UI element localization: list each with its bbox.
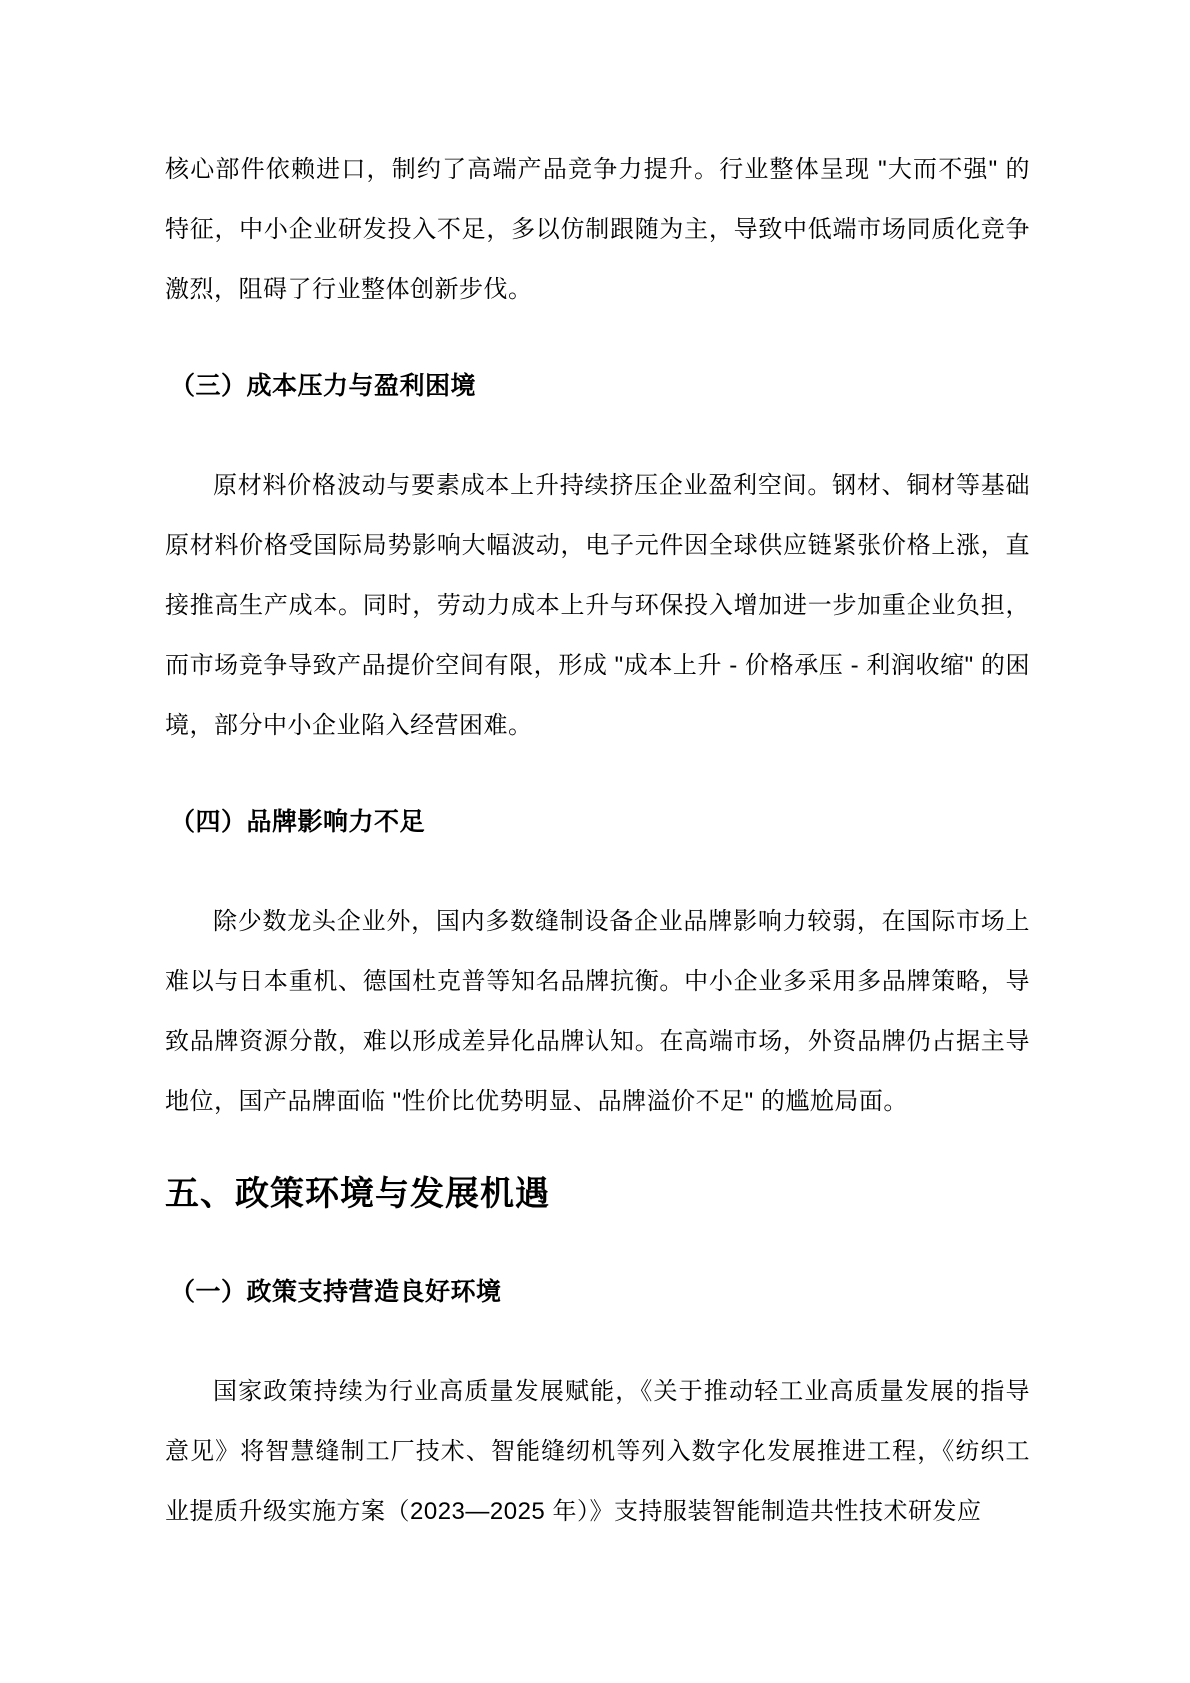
document-page: 核心部件依赖进口，制约了高端产品竞争力提升。行业整体呈现 "大而不强" 的特征，… [0,0,1190,1683]
paragraph-core-components-import: 核心部件依赖进口，制约了高端产品竞争力提升。行业整体呈现 "大而不强" 的特征，… [165,140,1030,320]
heading-section-4-brand-influence: （四）品牌影响力不足 [165,792,1030,852]
heading-section-3-cost-pressure: （三）成本压力与盈利困境 [165,356,1030,416]
heading-chapter-5-policy-environment: 五、政策环境与发展机遇 [165,1162,1030,1226]
paragraph-national-policy: 国家政策持续为行业高质量发展赋能，《关于推动轻工业高质量发展的指导意见》将智慧缝… [165,1362,1030,1542]
heading-section-1-policy-support: （一）政策支持营造良好环境 [165,1262,1030,1322]
paragraph-cost-pressure-profit: 原材料价格波动与要素成本上升持续挤压企业盈利空间。钢材、铜材等基础原材料价格受国… [165,456,1030,756]
paragraph-brand-weakness: 除少数龙头企业外，国内多数缝制设备企业品牌影响力较弱，在国际市场上难以与日本重机… [165,892,1030,1132]
